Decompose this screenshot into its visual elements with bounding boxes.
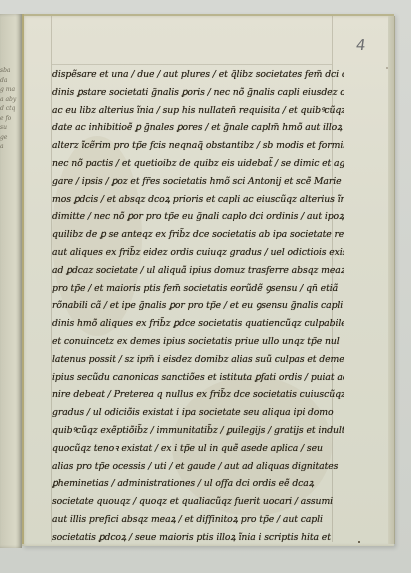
fragment: e fo (0, 114, 22, 124)
fragment: a aby (0, 95, 22, 105)
text-line: ad ꝑdcaz societate / ul aliquã ipius dom… (52, 262, 344, 280)
text-line: alterz ĩcẽrim pro tp̃e fcis neqnaq̃ obst… (52, 137, 344, 155)
text-line: aut aliques ex frib̃z eidez ordis cuiuqz… (52, 244, 344, 262)
binding-gutter (22, 14, 24, 544)
ink-spot (386, 67, 388, 69)
ink-spot (358, 541, 360, 543)
text-line: societatis ꝑdcoꝝ / seue maioris ptis ill… (52, 529, 344, 547)
text-line: ac eu libz alterius ĩnia / sup his nulla… (52, 102, 344, 120)
facing-page-edge: sba da g ma a aby d ctq e fo su ge a (0, 14, 22, 548)
text-line: gradus / ul odiciõis existat i ipa socie… (52, 404, 344, 422)
fragment: g ma (0, 85, 22, 95)
fragment: d ctq (0, 104, 22, 114)
text-line: ipius secũdu canonicas sanctiões et isti… (52, 369, 344, 387)
fragment: da (0, 76, 22, 86)
text-line: mos ꝑdcis / et absqz dcoꝝ prioris et cap… (52, 191, 344, 209)
text-line: ꝑheminetias / administrationes / ul offa… (52, 475, 344, 493)
text-line: date ac inhibitioẽ ꝑ g̃nales ꝑores / et … (52, 119, 344, 137)
fragment: sba (0, 66, 22, 76)
text-line: nec nõ pactis / et quetioibz de quibz ei… (52, 155, 344, 173)
text-line: quilibz de ꝑ se anteqz ex frib̃z dce soc… (52, 226, 344, 244)
text-line: quocũqz tenoꝛ existat / ex i tp̃e ul in … (52, 440, 344, 458)
text-line: quibꝰcũqz exẽptiõib̃z / immunitatib̃z / … (52, 422, 344, 440)
fragment: su (0, 123, 22, 133)
text-line: alias pro tp̃e ocessis / uti / et gaude … (52, 458, 344, 476)
text-line: aut illis prefici absqz meaꝝ / et diffin… (52, 511, 344, 529)
text-line: societate quouqz / quoqz et qualiacũqz f… (52, 493, 344, 511)
text-line: gare / ipsis / ꝑoz et fr̃es societatis h… (52, 173, 344, 191)
fragment: a (0, 142, 22, 152)
text-line: rõnabili cã / et ipe g̃nalis ꝑor pro tp̃… (52, 297, 344, 315)
ruling-line-top (52, 64, 332, 65)
text-line: dispẽsare et una / due / aut plures / et… (52, 66, 344, 84)
text-line: dinis ꝑstare societati g̃nalis ꝑoris / n… (52, 84, 344, 102)
text-line: latenus possit / sz ipm̃ i eisdez domibz… (52, 351, 344, 369)
text-line: et conuincetz ex demes ipius societatis … (52, 333, 344, 351)
text-line: dimitte / nec nõ ꝑor pro tp̃e eu g̃nali … (52, 208, 344, 226)
text-line: pro tp̃e / et maioris ptis fem̃ societat… (52, 280, 344, 298)
fragment: ge (0, 133, 22, 143)
manuscript-text: dispẽsare et una / due / aut plures / et… (52, 66, 344, 547)
page-stack-edge (388, 16, 395, 544)
text-line: dinis hmõ aliques ex frib̃z ꝑdce societa… (52, 315, 344, 333)
text-line: nire debeat / Preterea q nullus ex frib̃… (52, 386, 344, 404)
facing-page-text: sba da g ma a aby d ctq e fo su ge a (0, 66, 22, 152)
